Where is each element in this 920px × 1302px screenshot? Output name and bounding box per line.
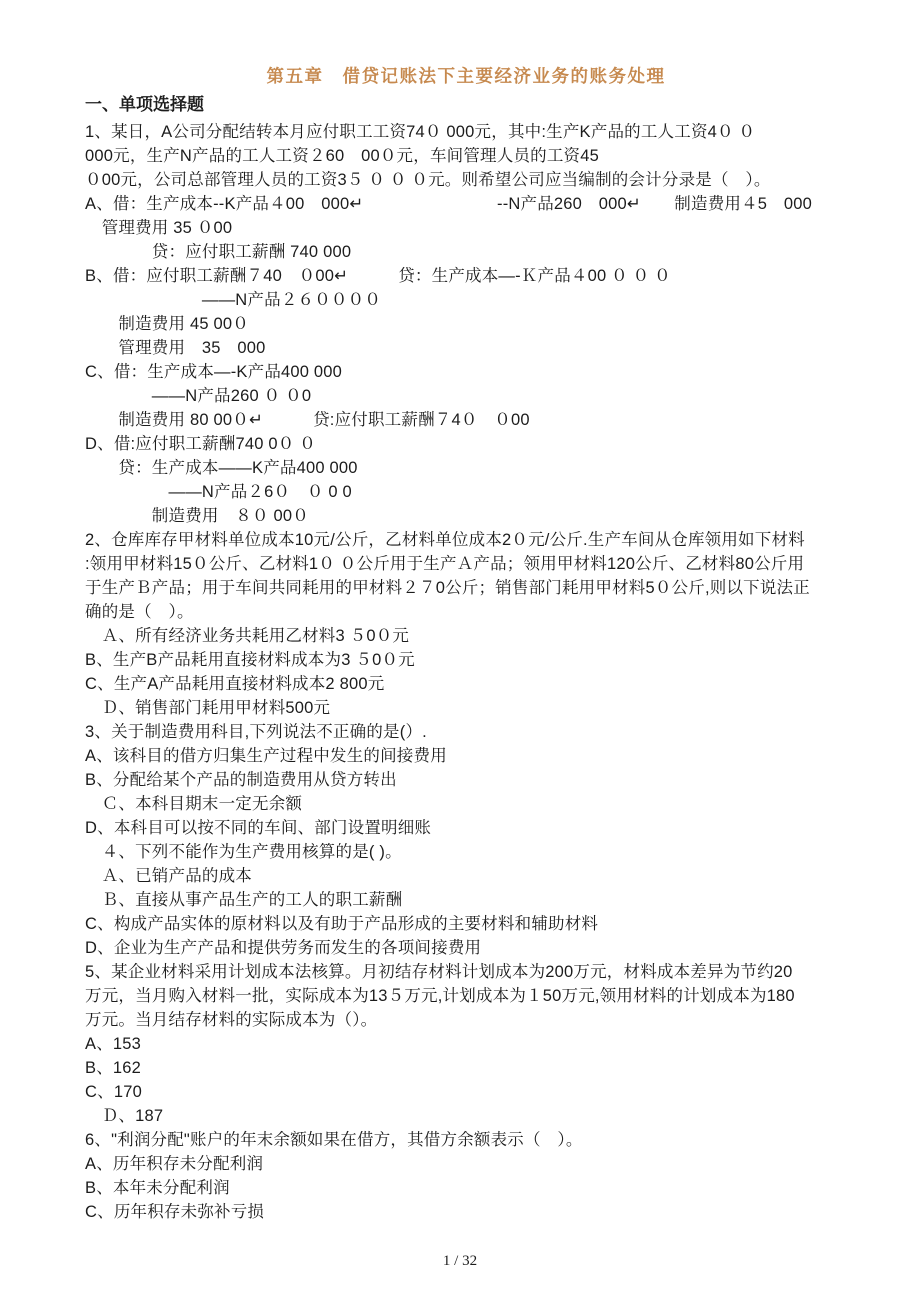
text-line: Ｄ、销售部门耗用甲材料500元 xyxy=(85,696,847,720)
text-line: A、该科目的借方归集生产过程中发生的间接费用 xyxy=(85,744,847,768)
text-line: 贷：生产成本——K产品400 000 xyxy=(85,456,847,480)
text-line: ——N产品２６００００ xyxy=(85,288,847,312)
text-line: C、生产A产品耗用直接材料成本2 800元 xyxy=(85,672,847,696)
text-line: B、本年未分配利润 xyxy=(85,1176,847,1200)
text-line: 贷：应付职工薪酬 740 000 xyxy=(85,240,847,264)
text-line: ——N产品260 ０ ０0 xyxy=(85,384,847,408)
text-line: D、企业为生产产品和提供劳务而发生的各项间接费用 xyxy=(85,936,847,960)
text-line: A、历年积存未分配利润 xyxy=(85,1152,847,1176)
text-line: A、153 xyxy=(85,1032,847,1056)
text-line: B、162 xyxy=(85,1056,847,1080)
text-line: 确的是（ ）。 xyxy=(85,600,847,624)
text-line: Ａ、所有经济业务共耗用乙材料3 ５0０元 xyxy=(85,624,847,648)
text-line: B、借：应付职工薪酬７40 ０00↵ 贷：生产成本—-Ｋ产品４00 ０ ０ ０ xyxy=(85,264,847,288)
text-line: 于生产Ｂ产品；用于车间共同耗用的甲材料２７0公斤；销售部门耗用甲材料5０公斤,则… xyxy=(85,576,847,600)
text-line: 000元，生产N产品的工人工资２60 00０元，车间管理人员的工资45 xyxy=(85,144,847,168)
text-line: C、构成产品实体的原材料以及有助于产品形成的主要材料和辅助材料 xyxy=(85,912,847,936)
text-line: ０00元，公司总部管理人员的工资3５ ０ ０ ０元。则希望公司应当编制的会计分录… xyxy=(85,168,847,192)
text-line: 1、某日，A公司分配结转本月应付职工工资74０ 000元，其中:生产K产品的工人… xyxy=(85,120,847,144)
text-line: Ｃ、本科目期末一定无余额 xyxy=(85,792,847,816)
text-line: C、历年积存未弥补亏损 xyxy=(85,1200,847,1224)
text-line: Ｂ、直接从事产品生产的工人的职工薪酬 xyxy=(85,888,847,912)
text-line: 制造费用 ８０ 00０ xyxy=(85,504,847,528)
text-line: A、借：生产成本--K产品４00 000↵ --N产品260 000↵ 制造费用… xyxy=(85,192,847,216)
section-heading: 一、单项选择题 xyxy=(85,92,847,118)
text-line: ——N产品２6０ ０ 0 0 xyxy=(85,480,847,504)
text-line: 万元。当月结存材料的实际成本为（）。 xyxy=(85,1008,847,1032)
text-line: D、借:应付职工薪酬740 0０ ０ xyxy=(85,432,847,456)
text-line: Ｄ、187 xyxy=(85,1104,847,1128)
text-line: :领用甲材料15０公斤、乙材料1０ ０公斤用于生产Ａ产品；领用甲材料120公斤、… xyxy=(85,552,847,576)
text-line: 6、"利润分配"账户的年末余额如果在借方，其借方余额表示（ ）。 xyxy=(85,1128,847,1152)
text-line: B、分配给某个产品的制造费用从贷方转出 xyxy=(85,768,847,792)
text-line: 制造费用 45 00０ xyxy=(85,312,847,336)
text-line: D、本科目可以按不同的车间、部门设置明细账 xyxy=(85,816,847,840)
text-line: 管理费用 35 ０00 xyxy=(85,216,847,240)
text-line: 管理费用 35 000 xyxy=(85,336,847,360)
text-line: 万元，当月购入材料一批，实际成本为13５万元,计划成本为１50万元,领用材料的计… xyxy=(85,984,847,1008)
document-content: 第五章 借贷记账法下主要经济业务的账务处理 一、单项选择题 1、某日，A公司分配… xyxy=(85,62,847,1224)
text-line: 3、关于制造费用科目,下列说法不正确的是(）. xyxy=(85,720,847,744)
text-line: Ａ、已销产品的成本 xyxy=(85,864,847,888)
chapter-title: 第五章 借贷记账法下主要经济业务的账务处理 xyxy=(85,62,847,90)
document-page: 第五章 借贷记账法下主要经济业务的账务处理 一、单项选择题 1、某日，A公司分配… xyxy=(0,0,920,1302)
page-number: 1 / 32 xyxy=(0,1253,920,1270)
text-line: C、借：生产成本—-K产品400 000 xyxy=(85,360,847,384)
text-line: 2、仓库库存甲材料单位成本10元/公斤，乙材料单位成本2０元/公斤.生产车间从仓… xyxy=(85,528,847,552)
text-line: 制造费用 80 00０↵ 贷:应付职工薪酬７4０ ０00 xyxy=(85,408,847,432)
question-text-block: 1、某日，A公司分配结转本月应付职工工资74０ 000元，其中:生产K产品的工人… xyxy=(85,120,847,1224)
text-line: B、生产B产品耗用直接材料成本为3 ５0０元 xyxy=(85,648,847,672)
text-line: C、170 xyxy=(85,1080,847,1104)
text-line: ４、下列不能作为生产费用核算的是( )。 xyxy=(85,840,847,864)
text-line: 5、某企业材料采用计划成本法核算。月初结存材料计划成本为200万元，材料成本差异… xyxy=(85,960,847,984)
